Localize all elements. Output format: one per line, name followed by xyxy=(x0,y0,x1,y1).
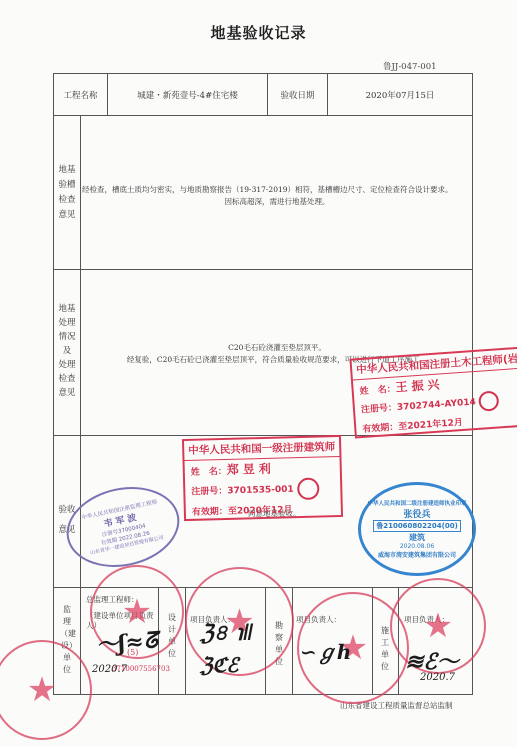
label-line: 意见 xyxy=(53,520,81,540)
date-value: 2020年07月15日 xyxy=(328,74,472,115)
divider xyxy=(53,115,473,116)
divider xyxy=(372,587,373,695)
treatment-text-1: C20毛石砼浇灌至垫层顶平。 xyxy=(82,342,472,353)
seal-ring-text: 中华人民共和国二级注册建造师执业印章 xyxy=(367,499,466,507)
emblem-icon xyxy=(297,478,320,501)
acceptance-text: 同意地基验收。 xyxy=(248,508,301,519)
owner-company-seal: ★ xyxy=(0,640,92,740)
label-line: 验收 xyxy=(53,500,81,520)
footer-issuer: 山东省建设工程质量监督总站监制 xyxy=(340,700,453,711)
seal-field: 建筑 xyxy=(409,532,425,543)
seal-name: 韦军波 xyxy=(102,510,140,530)
seal-ring-text: 中华人民共和国注册监理工程师 xyxy=(81,497,158,521)
date-label: 验收日期 xyxy=(268,74,327,115)
seal-reg-row: 注册号：3702744-AY014 xyxy=(354,387,517,422)
survey-signature: ∽ℊℎ xyxy=(300,636,351,665)
seal-name: 张役兵 xyxy=(403,507,430,520)
divider xyxy=(265,587,266,695)
construction-unit-label: 施工单位 xyxy=(378,625,392,673)
acceptance-label: 验收 意见 xyxy=(53,500,81,540)
seal-reg-row: 注册号：3701535-001 xyxy=(185,476,341,504)
seal-name-row: 姓 名：郑昱利 xyxy=(185,457,340,480)
divider xyxy=(398,587,399,695)
seal-label: 注册号： xyxy=(361,403,398,415)
divider xyxy=(185,587,186,695)
treatment-text-2: 经复验，C20毛石砼已浇灌至垫层顶平，符合质量验收规范要求，可以进行下道工序施工… xyxy=(82,354,472,365)
owner-lead-label: （建设单位项目负责人） xyxy=(86,611,156,631)
seal-number: (5) xyxy=(127,648,138,657)
chief-supervisor-label: 总监理工程师： xyxy=(86,594,139,605)
seal-valid: 有效期 2022.08.26 xyxy=(100,529,150,547)
seal-reg: 注册号37000404 xyxy=(101,521,146,538)
construction-signature: ≋ℰ～ xyxy=(405,645,459,676)
survey-company-seal: ★ xyxy=(297,592,409,704)
survey-unit-label: 勘察单位 xyxy=(272,620,286,668)
divider xyxy=(158,587,159,695)
label-line: 检查 xyxy=(53,372,81,386)
seal-reg: 3702744-AY014 xyxy=(397,398,476,413)
seal-valid: 至2021年12月 xyxy=(398,418,463,432)
survey-lead-label: 项目负责人： xyxy=(296,614,341,625)
seal-label: 姓 名： xyxy=(191,467,227,478)
label-line: 意见 xyxy=(53,208,81,223)
seal-date: 2020.08.06 xyxy=(400,543,434,550)
divider xyxy=(292,587,293,695)
project-name-label: 工程名称 xyxy=(54,74,107,115)
label-line: 情况 xyxy=(53,330,81,344)
divider xyxy=(53,587,473,588)
seal-name: 王振兴 xyxy=(395,377,444,394)
seal-company: 威海市湾安建筑集团有限公司 xyxy=(378,550,456,559)
seal-company: 山东省华一建设项目管理有限公司 xyxy=(89,534,164,556)
emblem-icon xyxy=(478,390,499,411)
label-line: 处理 xyxy=(53,316,81,330)
seal-label: 有效期： xyxy=(192,507,228,518)
seal-code: 3710007556703 xyxy=(112,665,170,673)
star-icon: ★ xyxy=(338,631,368,665)
construction-lead-label: 项目负责人： xyxy=(404,614,449,625)
seal-title: 中华人民共和国一级注册建筑师 xyxy=(184,437,339,461)
seal-name-row: 姓 名：王振兴 xyxy=(353,368,517,400)
label-line: 意见 xyxy=(53,386,81,400)
seal-label: 有效期： xyxy=(362,422,399,434)
label-line: 及 xyxy=(53,344,81,358)
label-line: 处理 xyxy=(53,358,81,372)
document-title: 地基验收记录 xyxy=(0,22,517,43)
seal-reg: 3701535-001 xyxy=(227,485,294,497)
design-unit-label: 设计单位 xyxy=(165,612,179,660)
treatment-label: 地基 处理 情况 及 处理 检查 意见 xyxy=(53,302,81,400)
seal-valid-row: 有效期：至2021年12月 xyxy=(356,408,517,436)
design-signature-2: ℨℭℰ xyxy=(200,653,239,677)
seal-label: 注册号： xyxy=(191,486,227,497)
project-name-value: 城建・新苑壹号-4#住宅楼 xyxy=(108,74,267,115)
trench-inspection-text-2: 因标高超深，需进行地基处理。 xyxy=(82,196,472,207)
trench-inspection-text-1: 经检查，槽底土质均匀密实，与地质勘察报告（19-317-2019）相符，基槽槽边… xyxy=(82,184,472,195)
table-border-bottom xyxy=(53,694,473,695)
form-code: 鲁JJ-047-001 xyxy=(383,60,437,72)
divider xyxy=(53,435,473,436)
divider xyxy=(53,269,473,270)
label-line: 地基 xyxy=(53,163,81,178)
label-line: 地基 xyxy=(53,302,81,316)
supervisor-sign-date: 2020.7 xyxy=(92,664,127,675)
constructor-seal: 中华人民共和国二级注册建造师执业印章 张役兵 鲁210060802204(00)… xyxy=(358,482,476,576)
table-border-right xyxy=(472,73,473,695)
seal-reg: 鲁210060802204(00) xyxy=(373,520,461,532)
label-line: 验槽 xyxy=(53,178,81,193)
seal-label: 姓 名： xyxy=(359,385,396,397)
design-lead-label: 项目负责人： xyxy=(190,614,235,625)
trench-inspection-label: 地基 验槽 检查 意见 xyxy=(53,163,81,223)
seal-name: 郑昱利 xyxy=(227,462,275,477)
label-line: 检查 xyxy=(53,193,81,208)
supervision-unit-label: 监理（建设）单位 xyxy=(60,604,74,676)
construction-sign-date: 2020.7 xyxy=(420,672,455,683)
